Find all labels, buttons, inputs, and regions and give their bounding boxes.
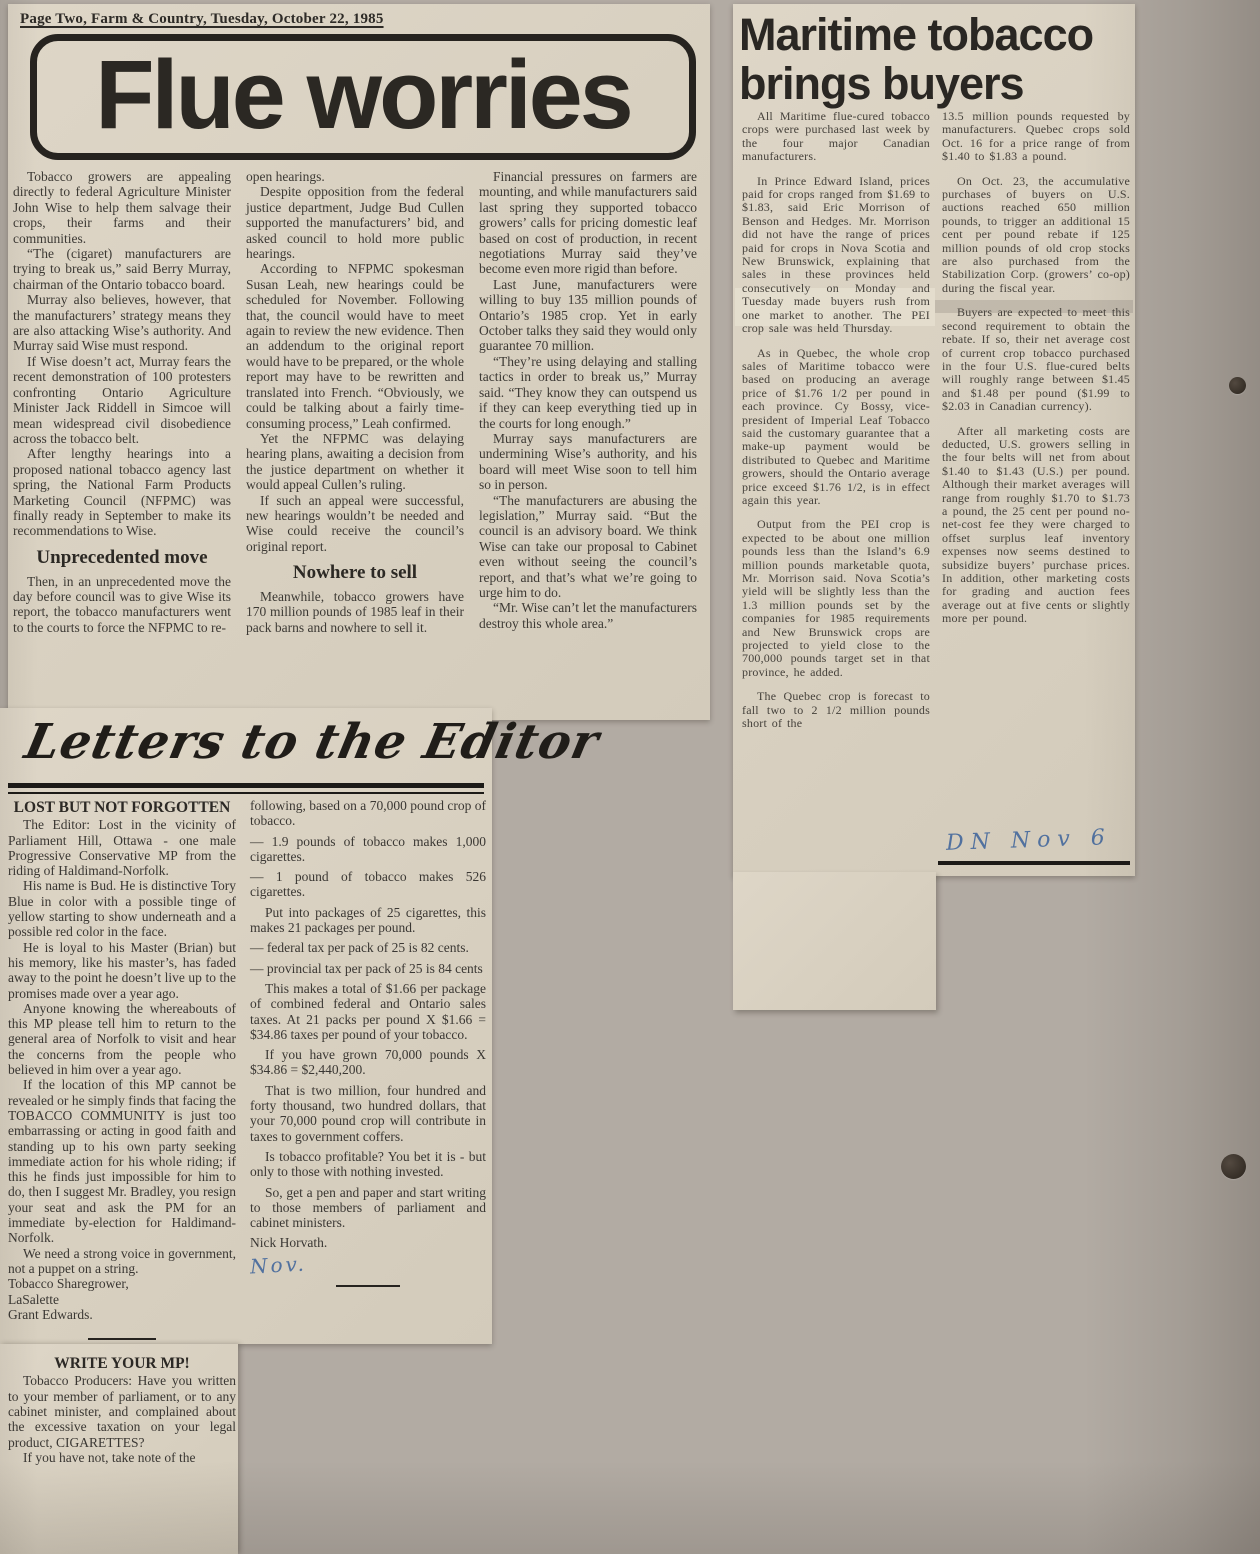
article-paragraph: “They’re using delaying and stalling tac…	[479, 354, 697, 431]
article-paragraph: open hearings.	[246, 169, 464, 184]
letter-paragraph: This makes a total of $1.66 per package …	[250, 981, 486, 1042]
article-paragraph: Financial pressures on farmers are mount…	[479, 169, 697, 277]
letter-paragraph: If you have not, take note of the	[8, 1450, 236, 1465]
letter-paragraph: Tobacco Producers: Have you written to y…	[8, 1373, 236, 1449]
article-paragraph: Tobacco growers are appealing directly t…	[13, 169, 231, 246]
flue-column-2: open hearings. Despite opposition from t…	[246, 169, 464, 635]
article-paragraph: Then, in an unprecedented move the day b…	[13, 574, 231, 636]
article-paragraph: All Maritime flue-cured tobacco crops we…	[742, 110, 930, 164]
flue-headline: Flue worries	[95, 46, 630, 149]
article-paragraph: “The manufacturers are abusing the legis…	[479, 493, 697, 601]
letter-paragraph: — federal tax per pack of 25 is 82 cents…	[250, 940, 486, 955]
article-subhead: Unprecedented move	[13, 548, 231, 569]
letter-paragraph: The Editor: Lost in the vicinity of Parl…	[8, 817, 236, 878]
article-paragraph: If Wise doesn’t act, Murray fears the re…	[13, 354, 231, 446]
letter-divider	[336, 1285, 400, 1287]
article-paragraph: On Oct. 23, the accumulative purchases o…	[942, 175, 1130, 296]
letter-paragraph: If you have grown 70,000 pounds X $34.86…	[250, 1047, 486, 1078]
letters-column-1: LOST BUT NOT FORGOTTEN The Editor: Lost …	[8, 800, 236, 1465]
article-paragraph: Buyers are expected to meet this second …	[942, 306, 1130, 413]
article-paragraph: “The (cigaret) manufacturers are trying …	[13, 246, 231, 292]
article-paragraph: Output from the PEI crop is expected to …	[742, 518, 930, 679]
binder-hole	[1221, 1154, 1246, 1179]
letter-paragraph: Is tobacco profitable? You bet it is - b…	[250, 1149, 486, 1180]
letter-divider	[88, 1338, 156, 1340]
flue-column-3: Financial pressures on farmers are mount…	[479, 169, 697, 635]
letters-column-2: following, based on a 70,000 pound crop …	[250, 798, 486, 1287]
letter-signature: LaSalette	[8, 1292, 236, 1307]
clipping-end-rule	[938, 861, 1130, 865]
article-paragraph: According to NFPMC spokesman Susan Leah,…	[246, 261, 464, 430]
maritime-column-2: 13.5 million pounds requested by manufac…	[942, 110, 1130, 637]
page-header: Page Two, Farm & Country, Tuesday, Octob…	[20, 11, 384, 28]
maritime-headline-line2: brings buyers	[739, 58, 1024, 109]
letter-paragraph: — 1 pound of tobacco makes 526 cigarette…	[250, 869, 486, 900]
letter-paragraph: following, based on a 70,000 pound crop …	[250, 798, 486, 829]
scrapbook-page: Page Two, Farm & Country, Tuesday, Octob…	[0, 0, 1260, 1554]
article-paragraph: “Mr. Wise can’t let the manufacturers de…	[479, 600, 697, 631]
letter-paragraph: That is two million, four hundred and fo…	[250, 1083, 486, 1144]
letter-paragraph: His name is Bud. He is distinctive Tory …	[8, 878, 236, 939]
article-paragraph: Yet the NFPMC was delaying hearing plans…	[246, 431, 464, 493]
article-paragraph: 13.5 million pounds requested by manufac…	[942, 110, 1130, 164]
letter-signature: Nick Horvath.	[250, 1235, 486, 1250]
article-paragraph: If such an appeal were successful, new h…	[246, 493, 464, 555]
letter-paragraph: Anyone knowing the whereabouts of this M…	[8, 1001, 236, 1077]
flue-column-1: Tobacco growers are appealing directly t…	[13, 169, 231, 635]
letter-paragraph: So, get a pen and paper and start writin…	[250, 1185, 486, 1231]
letter-signature: Grant Edwards.	[8, 1307, 236, 1322]
letter-paragraph: He is loyal to his Master (Brian) but hi…	[8, 940, 236, 1001]
clipping-flue-worries: Page Two, Farm & Country, Tuesday, Octob…	[8, 4, 710, 720]
handwritten-date-note: Nov.	[250, 1256, 308, 1274]
letters-double-rule	[8, 783, 484, 794]
article-subhead: Nowhere to sell	[246, 563, 464, 584]
article-paragraph: Murray also believes, however, that the …	[13, 292, 231, 354]
letter-heading: LOST BUT NOT FORGOTTEN	[8, 800, 236, 815]
maritime-headline: Maritime tobacco brings buyers	[739, 10, 1093, 108]
maritime-column-1: All Maritime flue-cured tobacco crops we…	[742, 110, 930, 741]
letters-headline: Letters to the Editor	[20, 714, 604, 770]
article-paragraph: After lengthy hearings into a proposed n…	[13, 446, 231, 538]
article-paragraph: Meanwhile, tobacco growers have 170 mill…	[246, 589, 464, 635]
article-paragraph: After all marketing costs are deducted, …	[942, 425, 1130, 626]
letter-paragraph: We need a strong voice in government, no…	[8, 1246, 236, 1277]
letter-paragraph: If the location of this MP cannot be rev…	[8, 1077, 236, 1245]
article-paragraph: Murray says manufacturers are underminin…	[479, 431, 697, 493]
article-paragraph: Despite opposition from the federal just…	[246, 184, 464, 261]
article-paragraph: The Quebec crop is forecast to fall two …	[742, 690, 930, 730]
flue-headline-box: Flue worries	[30, 34, 696, 160]
binder-hole	[1229, 377, 1246, 394]
article-paragraph: In Prince Edward Island, prices paid for…	[742, 175, 930, 336]
flue-article-body: Tobacco growers are appealing directly t…	[13, 169, 697, 635]
article-paragraph: Last June, manufacturers were willing to…	[479, 277, 697, 354]
article-paragraph: As in Quebec, the whole crop sales of Ma…	[742, 347, 930, 508]
letter-signature: Tobacco Sharegrower,	[8, 1276, 236, 1291]
maritime-headline-line1: Maritime tobacco	[739, 9, 1093, 60]
letter-paragraph: — 1.9 pounds of tobacco makes 1,000 ciga…	[250, 834, 486, 865]
letter-heading: WRITE YOUR MP!	[8, 1356, 236, 1371]
letter-paragraph: Put into packages of 25 cigarettes, this…	[250, 905, 486, 936]
letter-paragraph: — provincial tax per pack of 25 is 84 ce…	[250, 961, 486, 976]
clipping-maritime-tobacco-lower	[733, 872, 936, 1010]
